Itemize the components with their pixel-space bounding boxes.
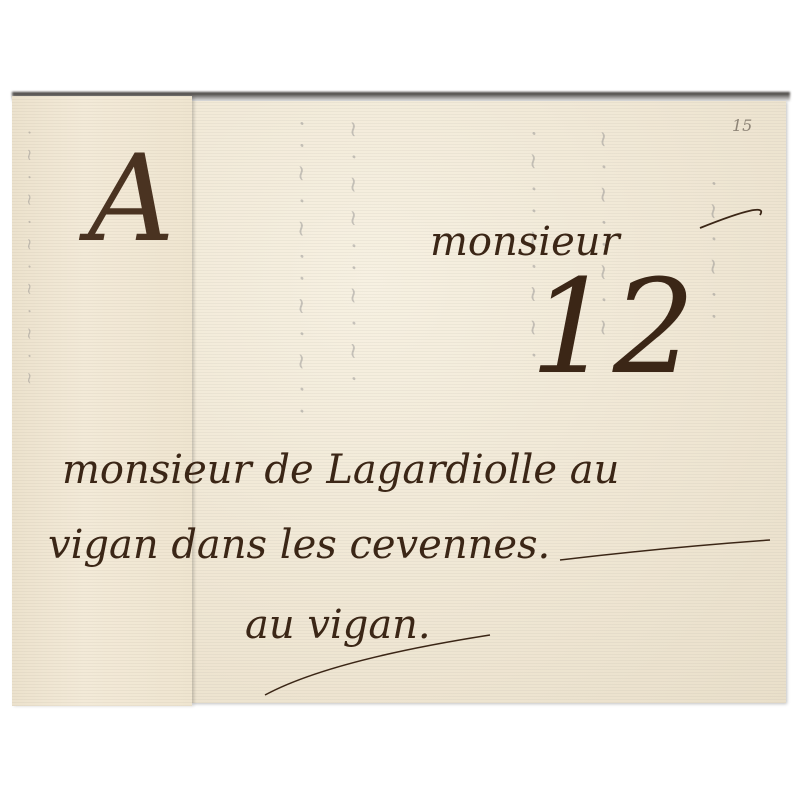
- bleed-through-writing: · ~ · ~ · ·: [700, 180, 725, 660]
- bleed-through-writing: · · ~ · ~ · · ~ · ~ · ·: [288, 120, 313, 680]
- bleed-through-writing: · ~ · ~ · ~ · ~ · ~ · ~: [20, 130, 39, 690]
- address-line-2: vigan dans les cevennes.: [48, 525, 550, 565]
- address-line-1: monsieur de Lagardiolle au: [62, 450, 619, 490]
- address-line-3: au vigan.: [245, 605, 431, 645]
- top-right-mark: 15: [732, 118, 752, 134]
- flap-initial: A: [88, 140, 175, 260]
- bleed-through-writing: ~ · ~ ~ · · ~ · ~ ·: [340, 120, 365, 680]
- rate-mark: 12: [530, 262, 695, 392]
